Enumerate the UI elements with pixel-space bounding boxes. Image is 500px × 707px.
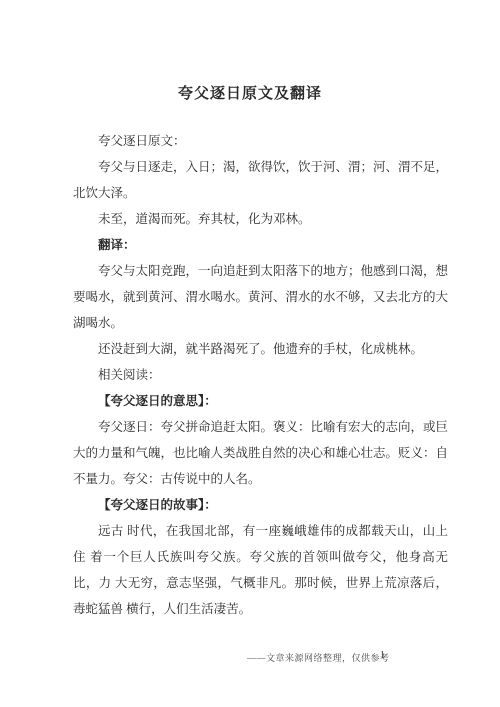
document-body: 夸父逐日原文： 夸父与日逐走，入日；渴，欲得饮，饮于河、渭；河、渭不足，北饮大泽… [73,128,448,622]
document-page: 夸父逐日原文及翻译 夸父逐日原文： 夸父与日逐走，入日；渴，欲得饮，饮于河、渭；… [0,0,500,707]
paragraph-original-label: 夸父逐日原文： [73,128,448,154]
paragraph-translation-2: 还没赶到大湖，就半路渴死了。他遗弃的手杖，化成桃林。 [73,336,448,362]
paragraph-translation-1: 夸父与太阳竞跑，一向追赶到太阳落下的地方；他感到口渴，想要喝水，就到黄河、渭水喝… [73,258,448,336]
paragraph-story-text: 远古 时代，在我国北部，有一座巍峨雄伟的成都载天山，山上住 着一个巨人氏族叫夸父… [73,518,448,622]
footer-page-number: 1 [380,650,385,661]
paragraph-meaning-text: 夸父逐日：夸父拼命追赶太阳。褒义：比喻有宏大的志向，或巨大的力量和气魄，也比喻人… [73,414,448,492]
paragraph-meaning-heading: 【夸父逐日的意思】： [73,388,448,414]
footer-source-note: ——文章来源网络整理，仅供参考 [247,651,390,664]
paragraph-original-text-2: 未至，道渴而死。弃其杖，化为邓林。 [73,206,448,232]
paragraph-translation-label: 翻译： [73,232,448,258]
paragraph-story-heading: 【夸父逐日的故事】： [73,492,448,518]
paragraph-related-reading-label: 相关阅读： [73,362,448,388]
page-footer: ——文章来源网络整理，仅供参考 1 [0,648,500,668]
page-title: 夸父逐日原文及翻译 [0,0,500,104]
paragraph-original-text-1: 夸父与日逐走，入日；渴，欲得饮，饮于河、渭；河、渭不足，北饮大泽。 [73,154,448,206]
